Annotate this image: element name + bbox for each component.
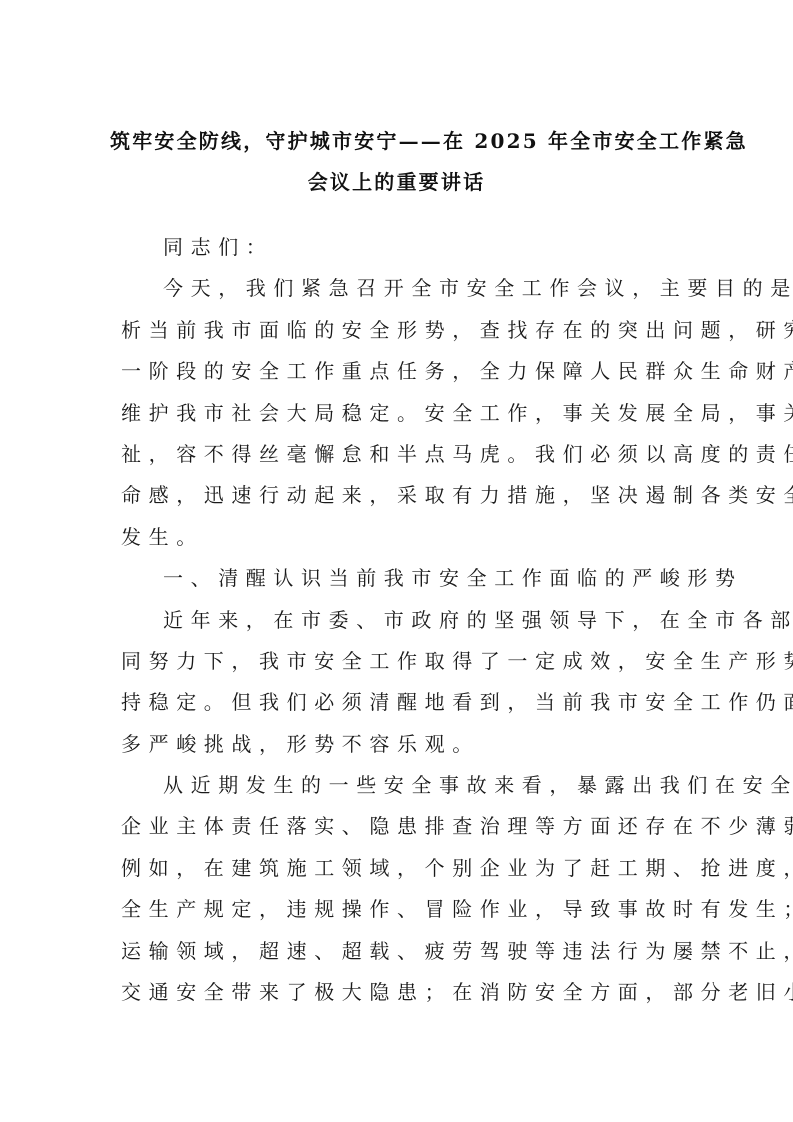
paragraph-line: 从近期发生的一些安全事故来看，暴露出我们在安全监管、 [121,765,677,806]
paragraph-line: 同努力下，我市安全工作取得了一定成效，安全生产形势总体保 [121,641,677,682]
paragraph-line: 运输领域，超速、超载、疲劳驾驶等违法行为屡禁不止，给道路 [121,931,677,972]
paragraph-line: 一阶段的安全工作重点任务，全力保障人民群众生命财产安全， [121,351,677,392]
paragraph-line: 持稳定。但我们必须清醒地看到，当前我市安全工作仍面临着诸 [121,682,677,723]
paragraph-line: 发生。 [121,517,677,558]
document-title: 筑牢安全防线，守护城市安宁——在 2025 年全市安全工作紧急 会议上的重要讲话 [110,121,683,203]
document-page: 筑牢安全防线，守护城市安宁——在 2025 年全市安全工作紧急 会议上的重要讲话… [0,0,793,1122]
paragraph-line: 命感，迅速行动起来，采取有力措施，坚决遏制各类安全事故的 [121,475,677,516]
paragraph-line: 今天，我们紧急召开全市安全工作会议，主要目的是深入分 [121,268,677,309]
paragraph-line: 多严峻挑战，形势不容乐观。 [121,724,677,765]
paragraph-line: 例如，在建筑施工领域，个别企业为了赶工期、抢进度，忽视安 [121,848,677,889]
paragraph-line: 析当前我市面临的安全形势，查找存在的突出问题，研究部署下 [121,310,677,351]
section-heading: 一、清醒认识当前我市安全工作面临的严峻形势 [121,558,677,599]
salutation: 同志们： [121,227,677,268]
paragraph-line: 交通安全带来了极大隐患；在消防安全方面，部分老旧小区、商 [121,972,677,1013]
paragraph-line: 维护我市社会大局稳定。安全工作，事关发展全局，事关人民福 [121,393,677,434]
title-line-1: 筑牢安全防线，守护城市安宁——在 2025 年全市安全工作紧急 [110,121,683,162]
document-body: 同志们： 今天，我们紧急召开全市安全工作会议，主要目的是深入分 析当前我市面临的… [121,227,677,1013]
title-line-2: 会议上的重要讲话 [110,162,683,203]
paragraph-line: 近年来，在市委、市政府的坚强领导下，在全市各部门的共 [121,600,677,641]
paragraph-line: 企业主体责任落实、隐患排查治理等方面还存在不少薄弱环节。 [121,806,677,847]
paragraph-line: 祉，容不得丝毫懈怠和半点马虎。我们必须以高度的责任感和使 [121,434,677,475]
paragraph-line: 全生产规定，违规操作、冒险作业，导致事故时有发生；在交通 [121,889,677,930]
